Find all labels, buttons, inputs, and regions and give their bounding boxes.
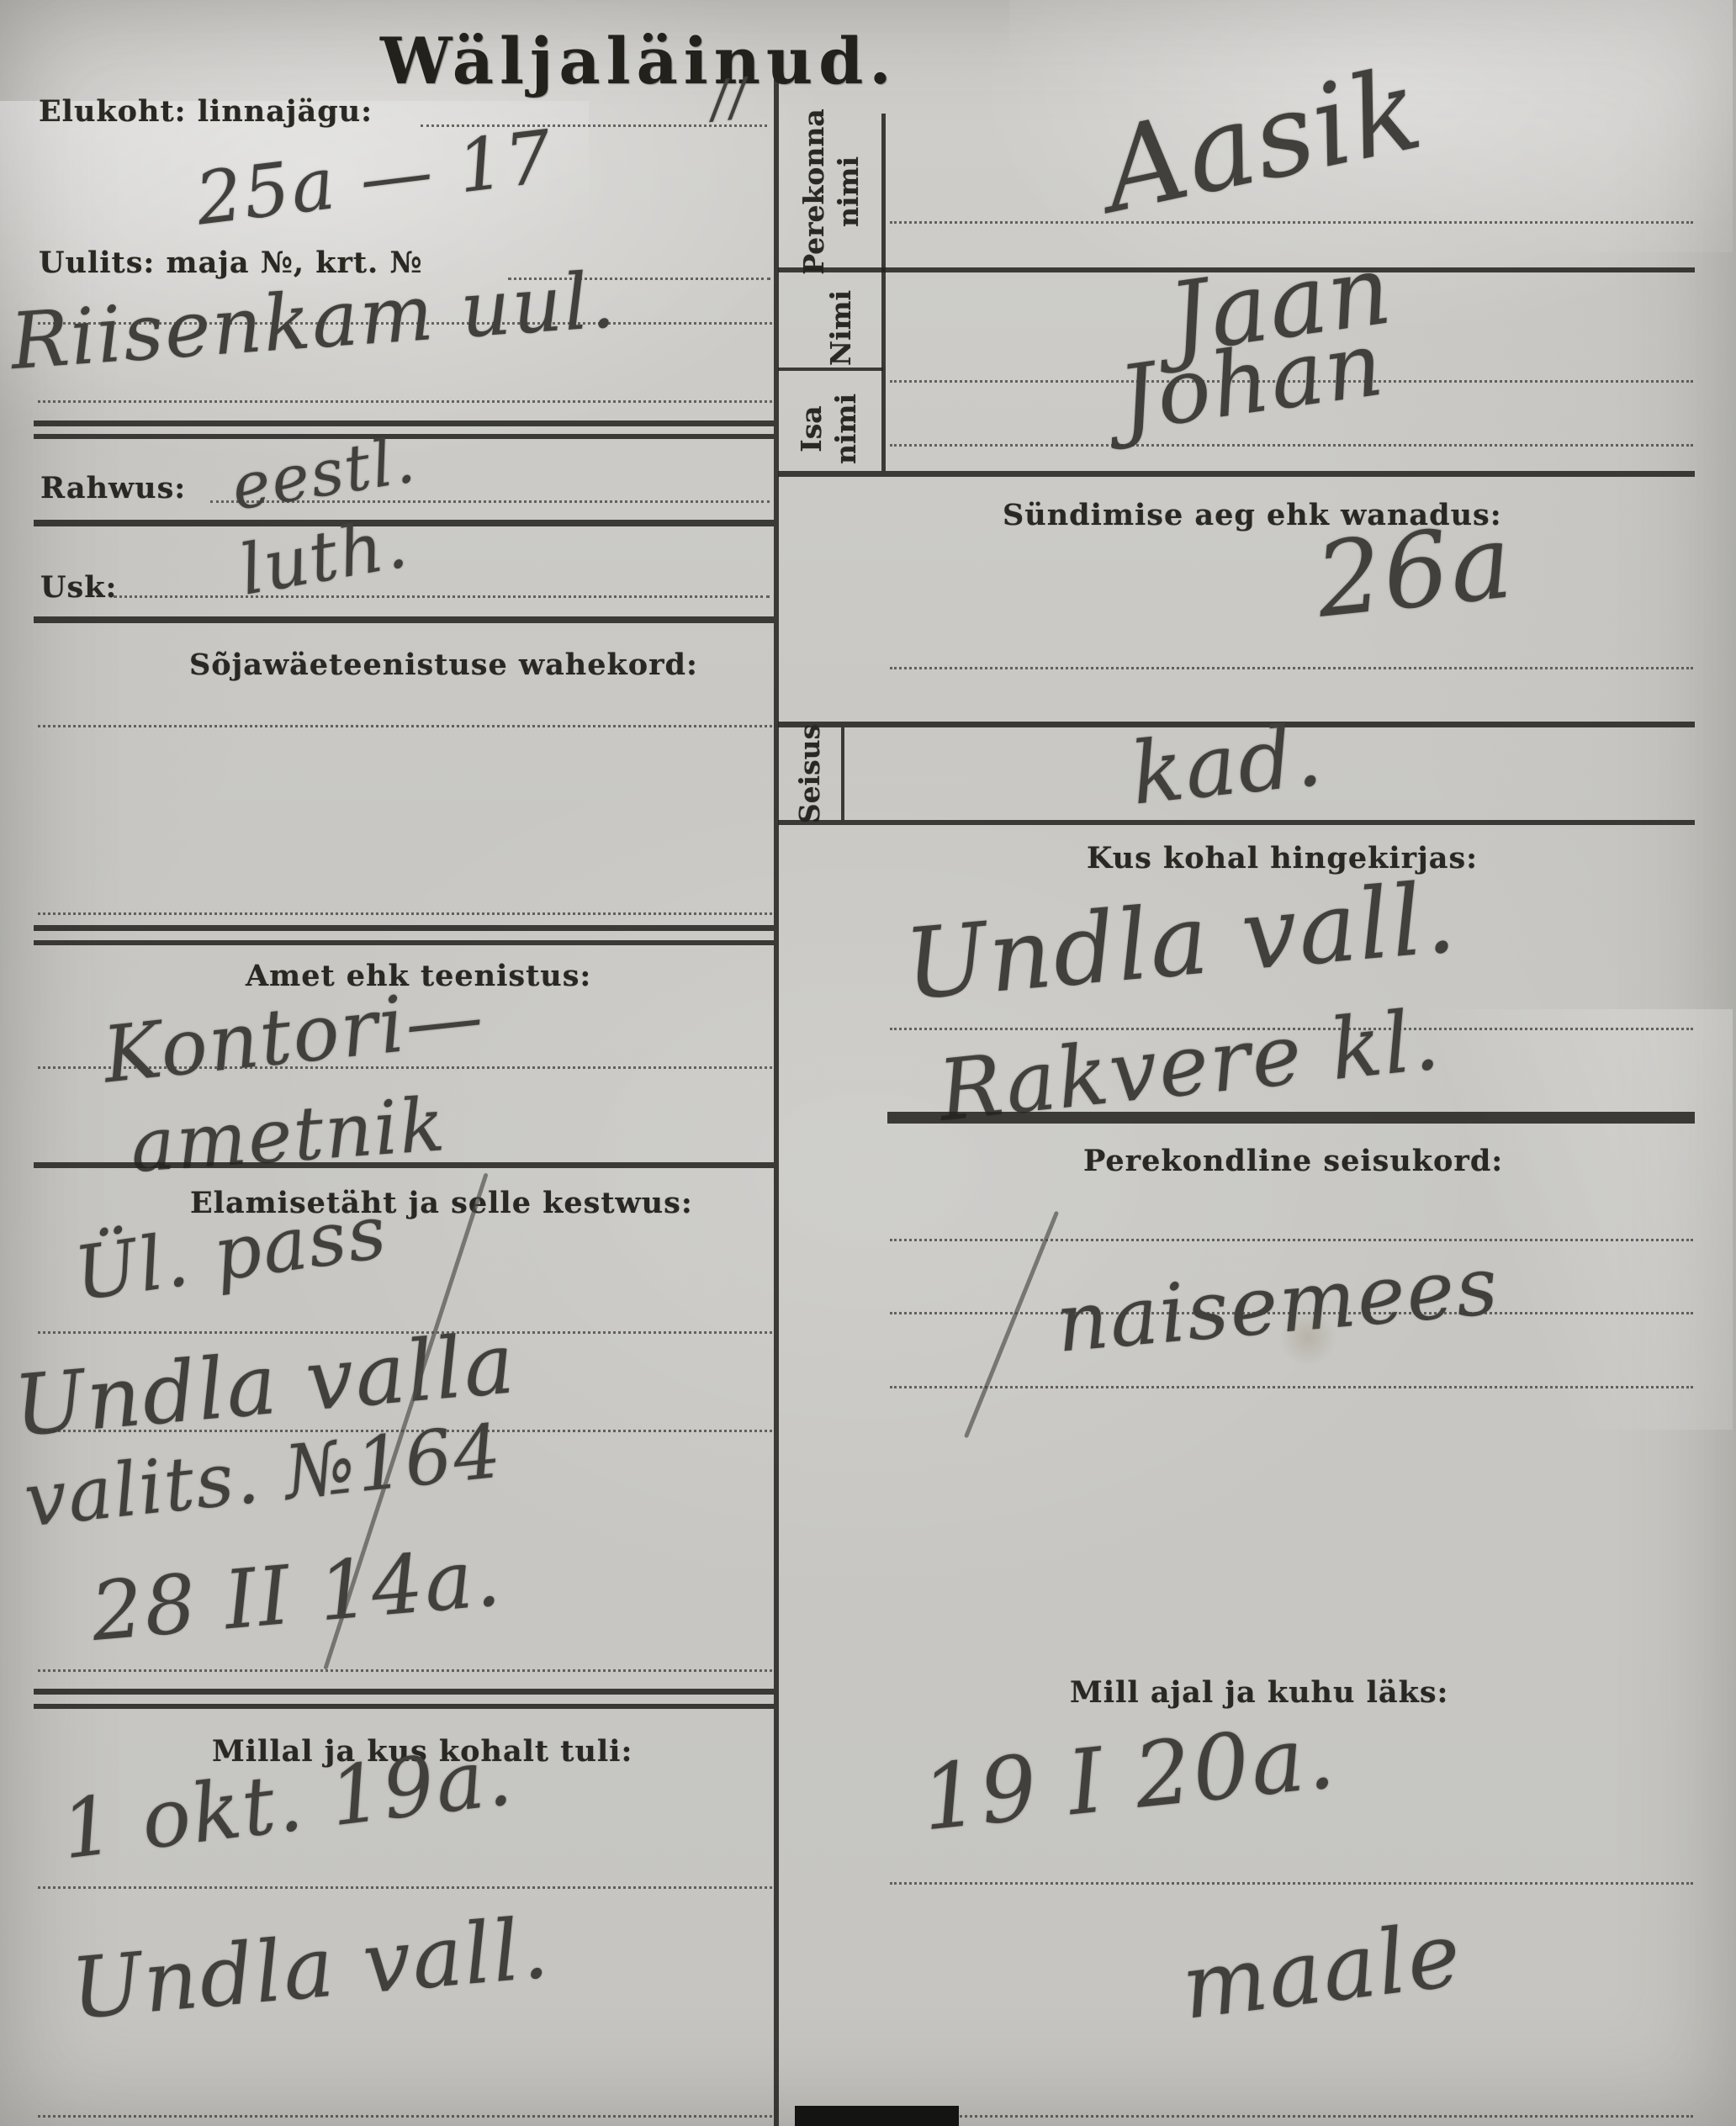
residence-label: Elukoht: linnajägu: (39, 94, 373, 129)
departure-label: Mill ajal ja kuhu läks: (1070, 1675, 1448, 1710)
form-line (38, 1886, 772, 1889)
pen-stroke (964, 1211, 1059, 1439)
nationality-label: Rahwus: (40, 471, 186, 505)
form-rule (34, 1162, 774, 1168)
center-divider (774, 77, 779, 2126)
marital-status-label: Perekondline seisukord: (1083, 1144, 1503, 1178)
registration-card: Wäljaläinud. Elukoht: linnajägu: // Uuli… (0, 0, 1736, 2126)
form-line (890, 2115, 1693, 2118)
form-rule (887, 1112, 1695, 1124)
family-name-label: Perekonna nimi (781, 116, 881, 267)
form-rule (34, 925, 774, 931)
form-rule (778, 471, 1695, 477)
form-line (38, 2115, 772, 2118)
form-line (890, 1882, 1693, 1885)
form-line (38, 912, 772, 915)
form-line (890, 1239, 1693, 1241)
departure-value-line1: 19 I 20a. (917, 1705, 1341, 1851)
form-line (38, 725, 772, 727)
house-apartment-value: 25a — 17 (191, 114, 558, 241)
name-bracket-separator (778, 368, 883, 371)
religion-label: Usk: (40, 570, 117, 605)
form-line (890, 444, 1693, 447)
form-line (114, 595, 770, 598)
form-rule (34, 1704, 774, 1709)
military-service-label: Sõjawäeteenistuse wahekord: (189, 648, 698, 682)
form-rule (34, 616, 774, 623)
arrival-value-line2: Undla vall. (67, 1898, 553, 2038)
form-rule (34, 1689, 774, 1695)
status-value: kad. (1126, 705, 1328, 824)
form-rule (778, 820, 1695, 825)
scan-artifact (795, 2106, 959, 2126)
form-rule (34, 940, 774, 945)
status-label: Seisus (785, 711, 835, 837)
father-name-value: Johan (1113, 312, 1390, 452)
paper-crease (1430, 1009, 1733, 1430)
occupation-value-line2: ametnik (128, 1081, 449, 1189)
status-bracket-line (841, 727, 844, 820)
form-line (38, 1669, 772, 1672)
marital-status-value: naisemees (1052, 1238, 1503, 1371)
form-line (38, 400, 772, 403)
father-name-label: Isa nimi (770, 387, 887, 471)
form-line (890, 221, 1693, 224)
family-name-value: Aasik (1092, 42, 1434, 238)
residence-ditto-mark: // (707, 67, 751, 130)
departure-value-line2: maale (1177, 1902, 1468, 2039)
birth-age-value: 26a (1310, 501, 1519, 641)
form-title: Wäljaläinud. (380, 24, 897, 98)
permit-value-line4: 28 II 14a. (87, 1530, 505, 1659)
form-line (890, 667, 1693, 669)
form-line (890, 1386, 1693, 1388)
